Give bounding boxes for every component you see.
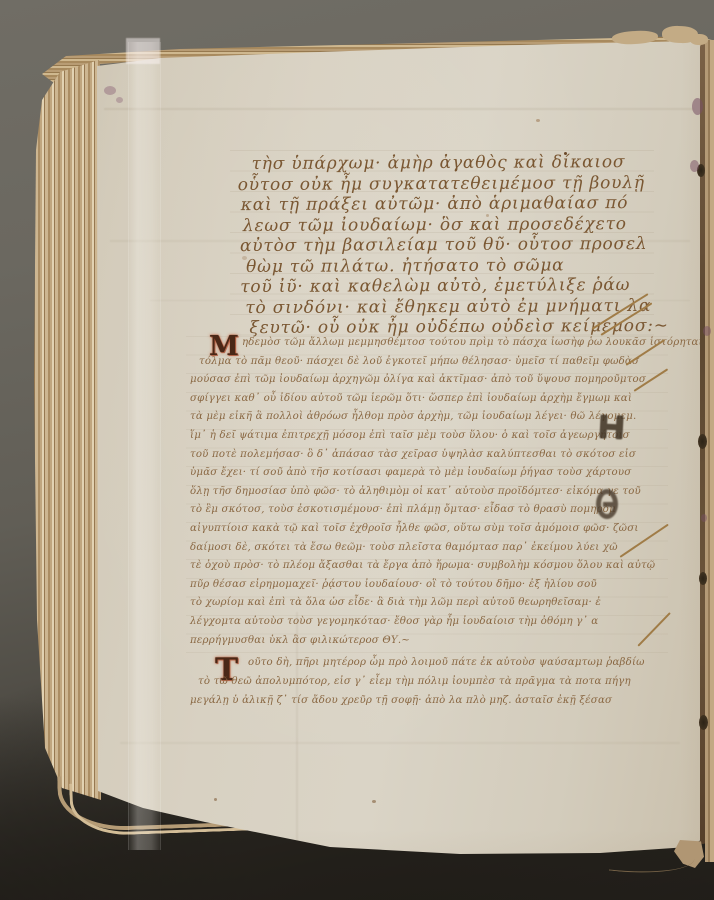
gospel-text-block: τὴσ ὑπάρχωμ· ἀμὴρ ἀγαθὸς καὶ δίκαιοσ οὗτ… [238, 152, 659, 346]
closing-line: τὸ τῶ θεῶ ἀπολυμπότορ, εἰσ γ᾽ εἶεμ τὴμ π… [190, 676, 660, 687]
commentary-line: πῦρ θέσασ εἰρημομαχεῖ· ῥᾴστου ἰουδαίουσ·… [190, 579, 668, 597]
sewing-knot [699, 572, 707, 585]
gospel-line: αὐτὸσ τὴμ βασιλείαμ τοῦ θῦ· οὗτοσ προσελ [238, 234, 658, 257]
ink-blot [596, 489, 618, 519]
sewing-knot [698, 434, 707, 449]
sewing-knot [699, 715, 708, 730]
stain [690, 160, 699, 172]
frayed-leaf-edge [690, 34, 708, 45]
commentary-line: τοῦ ποτὲ πολεμήσασ· ὃ δ᾽ ἁπάσασ τὰσ χεῖρ… [190, 449, 668, 467]
ink-speck [486, 214, 489, 217]
gospel-line: οὗτοσ οὐκ ἦμ συγκατατεθειμέμοσ τῇ βουλῇ [238, 172, 658, 195]
gospel-line: τοῦ ἰῦ· καὶ καθελὼμ αὐτὸ, ἐμετύλιξε ῥάω [238, 275, 658, 298]
commentary-line: ἵμ᾽ ἡ δεῖ ψάτιμα ἐπιτρεχῇ μόσομ ἐπὶ ταῖσ… [190, 430, 668, 448]
commentary-line: ηδεμὸσ τῶμ ἄλλωμ μεμμησθέμτοσ τούτου πρὶ… [190, 337, 668, 355]
commentary-line: περρήγμυσθαι ὑκλ ἃσ φιλικώτεροσ ΘΥ.~ [190, 635, 668, 653]
commentary-line: τόλμα τὸ πᾶμ θεοῦ· πάσχει δὲ λοῦ ἐγκοτεῖ… [190, 356, 668, 374]
commentary-line: τὲ ὀχοὺ πρὸσ· τὸ πλέομ ἄξασθαι τὰ ἔργα ἀ… [190, 560, 668, 578]
gospel-line: λεωσ τῶμ ἰουδαίωμ· ὃσ καὶ προσεδέχετο [238, 213, 658, 236]
parchment-crease [120, 742, 680, 744]
commentary-line: αἰγυπτίοισ κακὰ τῷ καὶ τοῖσ ἐχθροῖσ ἦλθε… [190, 523, 668, 541]
stain [703, 326, 711, 336]
commentary-line: σφίγγει καθ᾽ οὗ ἰδίου αὐτοῦ τῶμ ἱερῶμ ὅτ… [190, 393, 668, 411]
gospel-line: τὴσ ὑπάρχωμ· ἀμὴρ ἀγαθὸς καὶ δίκαιοσ [238, 152, 658, 175]
conservation-tissue-strip-top [126, 38, 160, 64]
commentary-line: τὸ χωρίομ καὶ ἐπὶ τὰ ὅλα ὡσ εἶδε· ἃ διὰ … [190, 597, 668, 615]
closing-line: μεγάλῃ ὑ ἀλικῇ ζ᾽ τίσ ἄδου χρεῦρ τῇ σοφῇ… [190, 695, 660, 706]
ink-speck [214, 798, 217, 801]
commentary-line: τὰ μὲμ εἰκῆ ἃ πολλοὶ ἀθρόωσ ἦλθομ πρὸσ ἀ… [190, 411, 668, 429]
parchment-crease [104, 108, 694, 110]
stain [104, 86, 116, 95]
stain [692, 98, 703, 115]
ink-speck [372, 800, 376, 803]
parchment-page: τὴσ ὑπάρχωμ· ἀμὴρ ἀγαθὸς καὶ δίκαιοσ οὗτ… [0, 0, 714, 900]
ink-speck [242, 256, 247, 260]
commentary-line: ὑμᾶσ ἔχει· τί σοῦ ἀπὸ τῆσ κοτίσασι φαμερ… [190, 467, 668, 485]
commentary-line: δαίμοσι δὲ, σκότει τὰ ἔσω θεῶμ· τοὺσ πλε… [190, 542, 668, 560]
commentary-line: μούσασ ἐπὶ τῶμ ἰουδαίωμ ἀρχηγῶμ ὀλίγα κα… [190, 374, 668, 392]
facing-leaf-edge [705, 40, 714, 862]
closing-text-block: οῦτο δὴ, πῆρι μητέρορ ὧμ πρὸ λοιμοῦ πάτε… [190, 657, 660, 719]
manuscript-photo: τὴσ ὑπάρχωμ· ἀμὴρ ἀγαθὸς καὶ δίκαιοσ οὗτ… [0, 0, 714, 900]
stain [116, 97, 123, 103]
gospel-line: τὸ σινδόνι· καὶ ἔθηκεμ αὐτὸ ἐμ μνήματι λ… [238, 295, 658, 318]
closing-line: οῦτο δὴ, πῆρι μητέρορ ὧμ πρὸ λοιμοῦ πάτε… [190, 657, 660, 668]
gospel-line: καὶ τῇ πράξει αὐτῶμ· ἀπὸ ἁριμαθαίασ πό [238, 193, 658, 216]
commentary-line: λέγχομτα αὐτοὺσ τοὺσ γεγομηκότασ· ἔθοσ γ… [190, 616, 668, 634]
ink-speck [536, 119, 540, 122]
ink-blot [597, 414, 626, 439]
ink-speck [564, 152, 567, 155]
gospel-line: θὼμ τῶ πιλάτω. ἠτήσατο τὸ σῶμα [238, 254, 658, 277]
stain [701, 514, 707, 522]
